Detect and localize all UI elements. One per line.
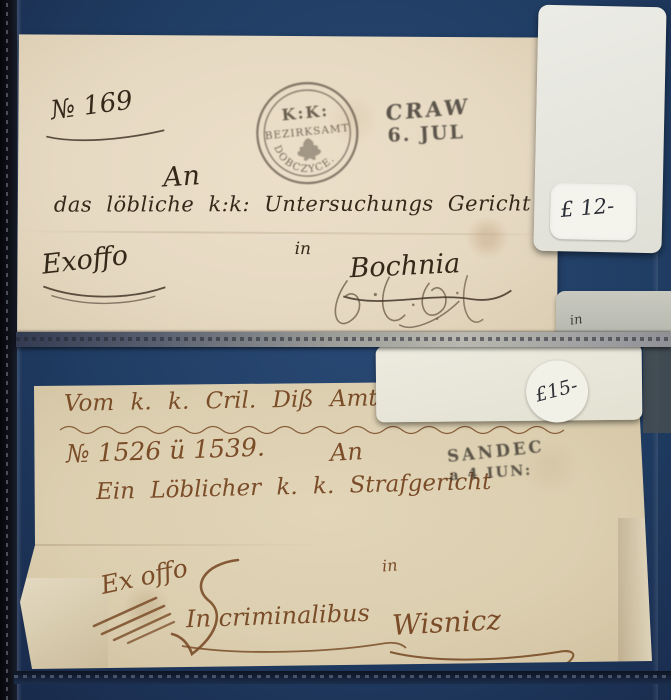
- top-address-line: das löbliche k:k: Untersuchungs Gericht: [54, 191, 531, 216]
- seam-stitching: [14, 675, 671, 678]
- postmark-date: 6. JUL: [387, 121, 473, 147]
- eagle-emblem-icon: [296, 137, 322, 161]
- paper-fold-edge: [618, 518, 653, 672]
- seal-text-kk: K:K:: [281, 101, 330, 125]
- paper-crease: [18, 230, 558, 235]
- dateline-postmark-craw: CRAW 6. JUL: [385, 93, 474, 148]
- bottom-salutation: An: [329, 437, 363, 467]
- sleeve-seam-bottom: [14, 671, 671, 684]
- top-cover-letter: № 169 K:K: BEZIRKSAMT DOBCZYCE. CRAW 6. …: [17, 34, 559, 336]
- seam-stitching: [16, 337, 671, 341]
- bottom-destination: Wisnicz: [391, 603, 502, 642]
- album-spine-edge: [0, 0, 17, 700]
- price-card-15: £15-: [376, 344, 643, 423]
- paper-crease: [26, 544, 326, 546]
- price-sticker-12: £ 12-: [550, 183, 637, 241]
- album-page-photo: № 169 K:K: BEZIRKSAMT DOBCZYCE. CRAW 6. …: [0, 0, 671, 700]
- sleeve-seam-middle: [16, 332, 671, 347]
- dateline-postmark-sandec: SANDEC a 4 IUN:: [446, 437, 547, 486]
- top-ex-offo: Exoffo: [40, 240, 130, 281]
- ink-scribble-flourish: [317, 274, 547, 336]
- price-card-12: £ 12-: [533, 5, 666, 254]
- bottom-docket-number: № 1526 ü 1539.: [66, 433, 266, 469]
- bottom-address-in: in: [381, 555, 398, 575]
- wavy-underline-flourish: [58, 422, 578, 438]
- price-text-15: £15-: [533, 374, 580, 406]
- ex-offo-flourish: [39, 280, 169, 311]
- bottom-address-line: Ein Löblicher k. k. Strafgericht: [96, 469, 492, 505]
- bottom-cover-letter: Vom k. k. Cril. Diß Amts № 1526 ü 1539. …: [18, 378, 660, 672]
- annotation-underline-flourish: [178, 638, 410, 660]
- circular-postmark-bezirksamt: K:K: BEZIRKSAMT DOBCZYCE.: [247, 73, 367, 193]
- note-card-text: in: [569, 312, 584, 329]
- top-salutation: An: [162, 160, 201, 193]
- grey-card-lower-edge: [643, 347, 671, 433]
- bottom-annotation: In criminalibus: [186, 599, 371, 633]
- price-sticker-15: £15-: [526, 360, 589, 423]
- bottom-sender-line: Vom k. k. Cril. Diß Amts: [64, 385, 390, 417]
- spine-stitching: [6, 0, 8, 700]
- top-address-in: in: [295, 239, 312, 259]
- price-text-12: £ 12-: [559, 194, 615, 222]
- docket-underline-flourish: [44, 127, 168, 144]
- destination-underline-flourish: [386, 644, 590, 674]
- top-docket-number: № 169: [49, 85, 135, 126]
